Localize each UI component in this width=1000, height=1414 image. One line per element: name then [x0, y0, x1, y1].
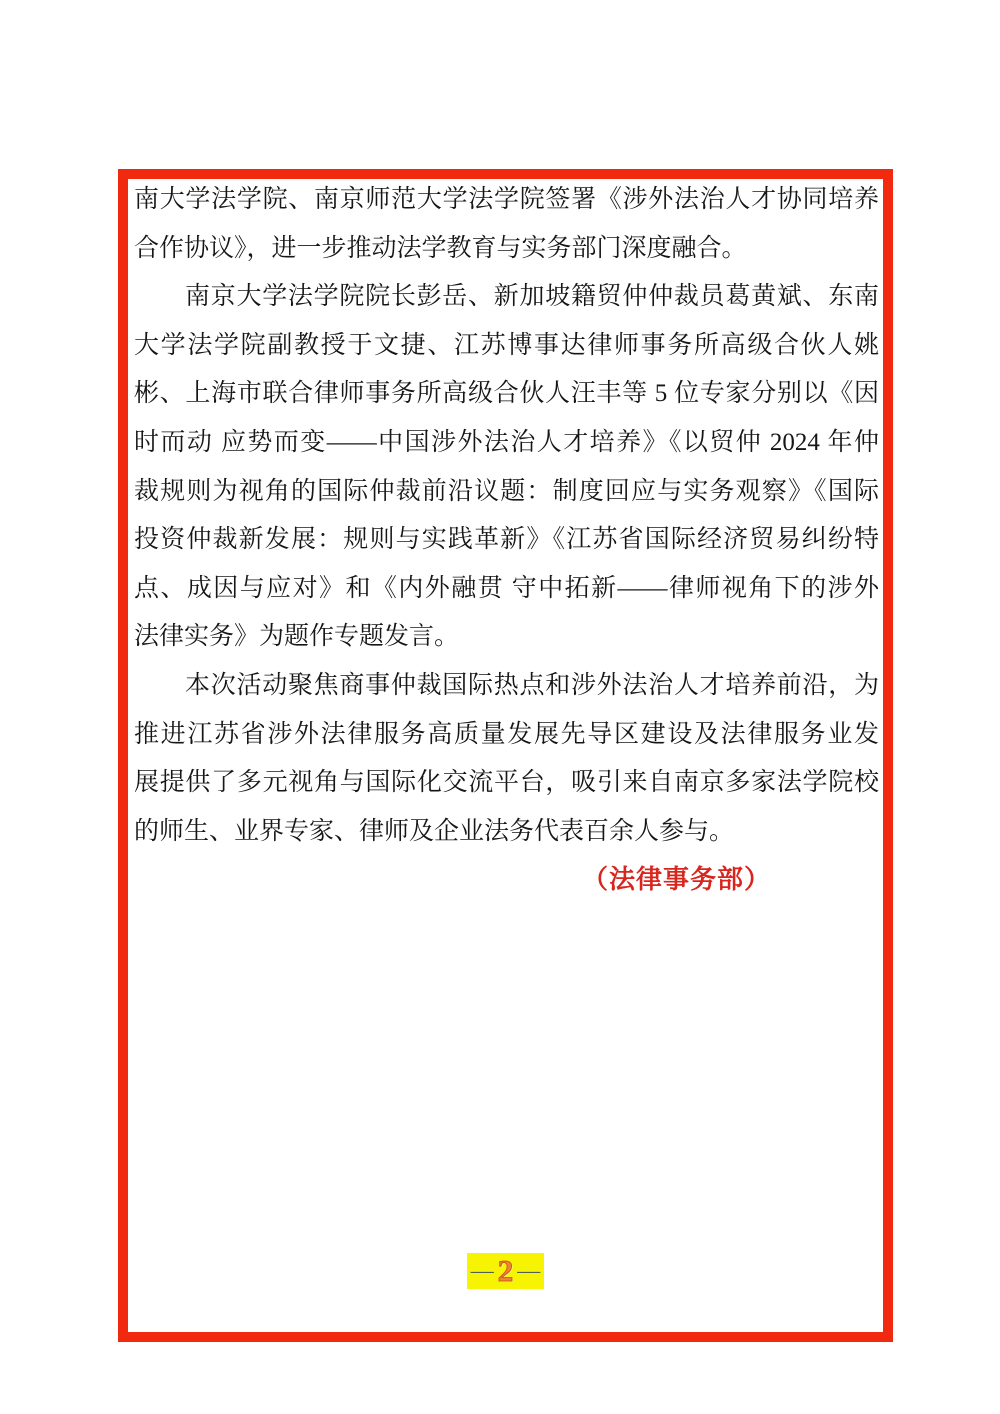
- text-line: 展提供了多元视角与国际化交流平台，吸引来自南京多家法学院校: [134, 759, 879, 808]
- paragraph-2: 南京大学法学院院长彭岳、新加坡籍贸仲仲裁员葛黄斌、东南 大学法学院副教授于文捷、…: [134, 273, 879, 662]
- text-line: 彬、上海市联合律师事务所高级合伙人汪丰等 5 位专家分别以《因: [134, 370, 879, 419]
- text-line: 时而动 应势而变——中国涉外法治人才培养》《以贸仲 2024 年仲: [134, 419, 879, 468]
- text-line: 大学法学院副教授于文捷、江苏博事达律师事务所高级合伙人姚: [134, 322, 879, 371]
- signature: （法律事务部）: [134, 856, 879, 905]
- text-line: 点、成因与应对》和《内外融贯 守中拓新——律师视角下的涉外: [134, 565, 879, 614]
- text-line: 裁规则为视角的国际仲裁前沿议题：制度回应与实务观察》《国际: [134, 468, 879, 517]
- text-line: 推进江苏省涉外法律服务高质量发展先导区建设及法律服务业发: [134, 711, 879, 760]
- page-number-dash-right: —: [517, 1258, 540, 1285]
- text-line: 的师生、业界专家、律师及企业法务代表百余人参与。: [134, 808, 879, 857]
- text-line: 南大学法学院、南京师范大学法学院签署《涉外法治人才协同培养: [134, 176, 879, 225]
- paragraph-1: 南大学法学院、南京师范大学法学院签署《涉外法治人才协同培养 合作协议》，进一步推…: [134, 176, 879, 273]
- text-line: 本次活动聚焦商事仲裁国际热点和涉外法治人才培养前沿，为: [134, 662, 879, 711]
- page-number: 2: [498, 1253, 514, 1289]
- page-number-highlight: — 2 —: [467, 1253, 545, 1289]
- text-line: 南京大学法学院院长彭岳、新加坡籍贸仲仲裁员葛黄斌、东南: [134, 273, 879, 322]
- body-text: 南大学法学院、南京师范大学法学院签署《涉外法治人才协同培养 合作协议》，进一步推…: [134, 176, 879, 905]
- text-line: 投资仲裁新发展：规则与实践革新》《江苏省国际经济贸易纠纷特: [134, 516, 879, 565]
- red-border-frame: 南大学法学院、南京师范大学法学院签署《涉外法治人才协同培养 合作协议》，进一步推…: [118, 169, 893, 1342]
- paragraph-3: 本次活动聚焦商事仲裁国际热点和涉外法治人才培养前沿，为 推进江苏省涉外法律服务高…: [134, 662, 879, 856]
- page-number-dash-left: —: [471, 1258, 494, 1285]
- page-footer: — 2 —: [128, 1253, 883, 1289]
- text-line: 合作协议》，进一步推动法学教育与实务部门深度融合。: [134, 225, 879, 274]
- text-line: 法律实务》为题作专题发言。: [134, 613, 879, 662]
